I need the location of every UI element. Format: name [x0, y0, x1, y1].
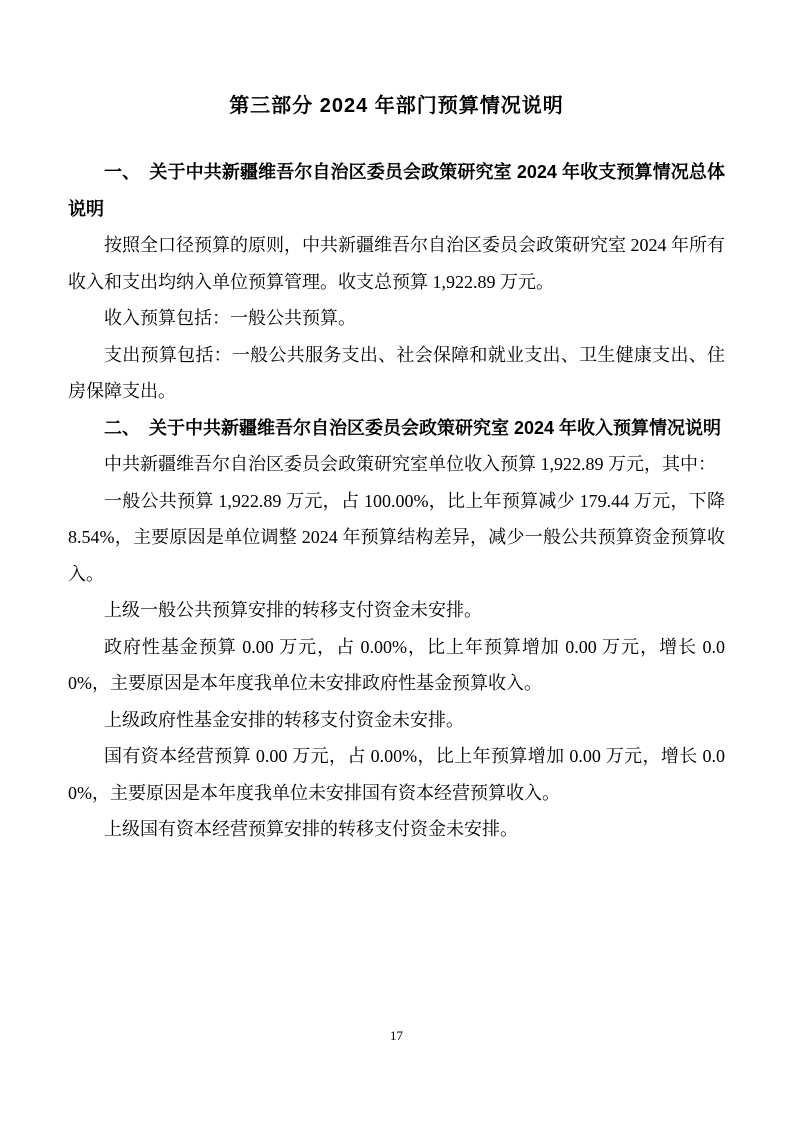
- document-page: 第三部分 2024 年部门预算情况说明 一、 关于中共新疆维吾尔自治区委员会政策…: [0, 0, 793, 1122]
- paragraph-superior-fund-transfer: 上级政府性基金安排的转移支付资金未安排。: [68, 702, 725, 739]
- paragraph-unit-income-budget: 中共新疆维吾尔自治区委员会政策研究室单位收入预算 1,922.89 万元，其中：: [68, 446, 725, 483]
- section-heading-income-budget: 二、 关于中共新疆维吾尔自治区委员会政策研究室 2024 年收入预算情况说明: [68, 410, 725, 447]
- paragraph-overall-budget-principle: 按照全口径预算的原则，中共新疆维吾尔自治区委员会政策研究室 2024 年所有收入…: [68, 227, 725, 300]
- section-heading-overall-budget: 一、 关于中共新疆维吾尔自治区委员会政策研究室 2024 年收支预算情况总体说明: [68, 154, 725, 227]
- paragraph-state-capital-budget: 国有资本经营预算 0.00 万元，占 0.00%，比上年预算增加 0.00 万元…: [68, 738, 725, 811]
- page-number: 17: [0, 1028, 793, 1044]
- paragraph-government-fund-budget: 政府性基金预算 0.00 万元，占 0.00%，比上年预算增加 0.00 万元，…: [68, 629, 725, 702]
- paragraph-superior-state-capital-transfer: 上级国有资本经营预算安排的转移支付资金未安排。: [68, 811, 725, 848]
- paragraph-general-public-budget: 一般公共预算 1,922.89 万元，占 100.00%，比上年预算减少 179…: [68, 483, 725, 593]
- paragraph-superior-general-transfer: 上级一般公共预算安排的转移支付资金未安排。: [68, 592, 725, 629]
- paragraph-income-budget-includes: 收入预算包括：一般公共预算。: [68, 300, 725, 337]
- paragraph-expenditure-budget-includes: 支出预算包括：一般公共服务支出、社会保障和就业支出、卫生健康支出、住房保障支出。: [68, 337, 725, 410]
- document-title: 第三部分 2024 年部门预算情况说明: [68, 88, 725, 124]
